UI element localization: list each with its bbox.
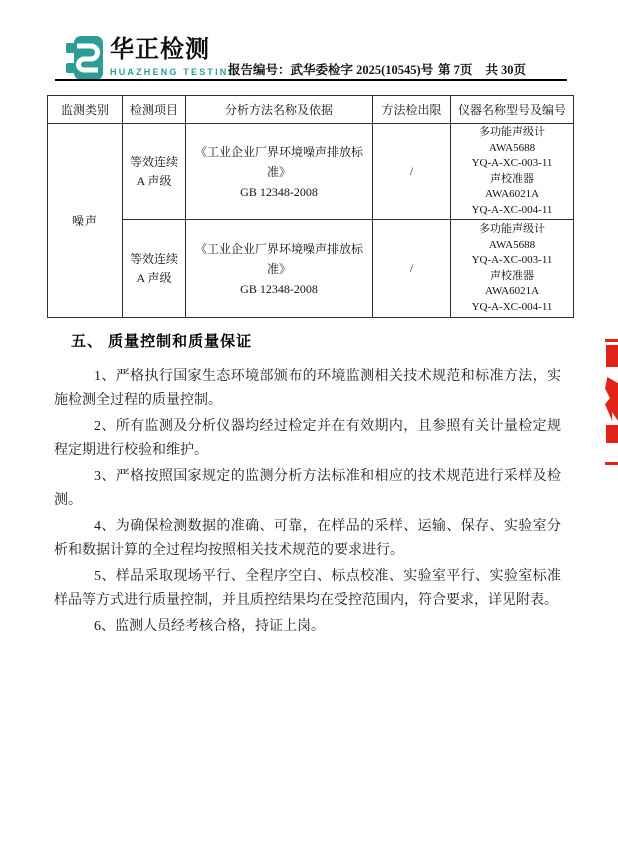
huazheng-logo-icon [66,36,103,80]
brand-text: 华正检测 HUAZHENG TESTING [110,36,238,77]
method-cell: 《工业企业厂界环境噪声排放标准》 GB 12348-2008 [186,220,373,318]
brand-name-en: HUAZHENG TESTING [110,67,238,77]
qc-paragraph-1: 1、严格执行国家生态环境部颁布的环境监测相关技术规范和标准方法，实施检测全过程的… [54,365,561,413]
instrument-cell: 多功能声级计 AWA5688 YQ-A-XC-003-11 声校准器 AWA60… [451,220,574,318]
brand: 华正检测 HUAZHENG TESTING [66,36,238,80]
report-page: 华正检测 HUAZHENG TESTING 报告编号：武华委检字 2025(10… [0,0,618,863]
col-header-method: 分析方法名称及依据 [186,96,373,124]
stamp-glyph [606,425,618,443]
stamp-fragment [603,336,618,468]
col-header-category: 监测类别 [48,96,123,124]
qc-paragraph-2: 2、所有监测及分析仪器均经过检定并在有效期内，且参照有关计量检定规程定期进行校验… [54,415,561,463]
stamp-edge-bottom [605,462,618,465]
quality-control-section: 五、 质量控制和质量保证 1、严格执行国家生态环境部颁布的环境监测相关技术规范和… [54,330,561,641]
header-rule [55,79,567,81]
page-info: 第 7页 共 30页 [438,60,526,78]
method-instrument-table: 监测类别 检测项目 分析方法名称及依据 方法检出限 仪器名称型号及编号 噪声 等… [47,95,574,318]
table-row: 噪声 等效连续 A 声级 《工业企业厂界环境噪声排放标准》 GB 12348-2… [48,124,574,220]
col-header-limit: 方法检出限 [373,96,451,124]
instrument-cell: 多功能声级计 AWA5688 YQ-A-XC-003-11 声校准器 AWA60… [451,124,574,220]
stamp-emblem [605,377,618,421]
brand-name-cn: 华正检测 [110,36,238,64]
qc-paragraph-5: 5、样品采取现场平行、全程序空白、标点校准、实验室平行、实验室标准样品等方式进行… [54,565,561,613]
section-heading: 五、 质量控制和质量保证 [71,330,561,351]
limit-cell: / [373,220,451,318]
table-row: 等效连续 A 声级 《工业企业厂界环境噪声排放标准》 GB 12348-2008… [48,220,574,318]
category-cell: 噪声 [48,124,123,318]
stamp-glyph [606,345,618,367]
qc-paragraph-4: 4、为确保检测数据的准确、可靠，在样品的采样、运输、保存、实验室分析和数据计算的… [54,515,561,563]
qc-paragraph-6: 6、监测人员经考核合格，持证上岗。 [54,615,561,639]
qc-paragraph-3: 3、严格按照国家规定的监测分析方法标准和相应的技术规范进行采样及检测。 [54,465,561,513]
item-cell: 等效连续 A 声级 [123,124,186,220]
page-current: 第 7页 [438,60,472,78]
col-header-item: 检测项目 [123,96,186,124]
item-cell: 等效连续 A 声级 [123,220,186,318]
col-header-instrument: 仪器名称型号及编号 [451,96,574,124]
report-number: 报告编号：武华委检字 2025(10545)号 [228,60,433,78]
table-header-row: 监测类别 检测项目 分析方法名称及依据 方法检出限 仪器名称型号及编号 [48,96,574,124]
page-total: 共 30页 [485,60,526,78]
limit-cell: / [373,124,451,220]
stamp-edge-top [605,339,618,342]
method-cell: 《工业企业厂界环境噪声排放标准》 GB 12348-2008 [186,124,373,220]
